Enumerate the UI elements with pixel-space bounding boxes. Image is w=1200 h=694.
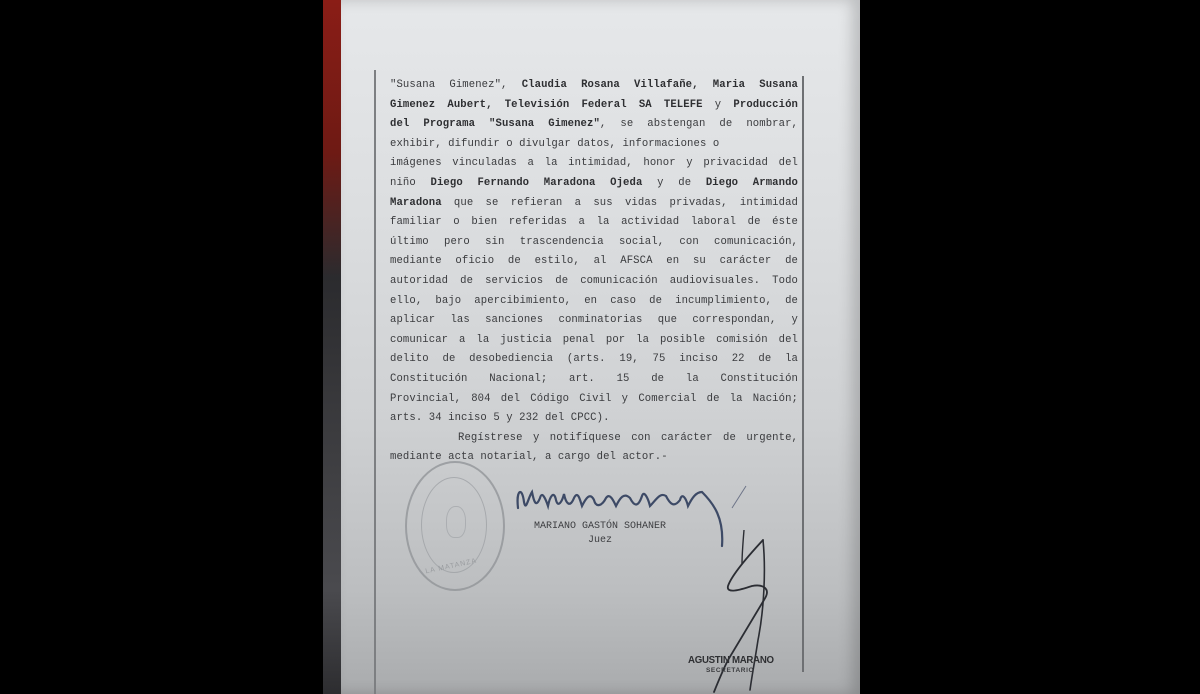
document-line: imágenes vinculadas a la intimidad, hono… [390,154,798,174]
secretary-name: AGUSTIN MARANO [688,654,774,666]
document-line: aplicar las sanciones conminatorias que … [390,311,798,331]
document-line: Maradona que se refieran a sus vidas pri… [390,194,798,214]
document-line: autoridad de servicios de comunicación a… [390,272,798,292]
document-line: Constitución Nacional; art. 15 de la Con… [390,370,798,390]
left-margin-rule [374,70,376,694]
document-body: "Susana Gimenez", Claudia Rosana Villafa… [390,76,798,468]
document-line: Provincial, 804 del Código Civil y Comer… [390,390,798,410]
coat-of-arms-icon [446,506,466,538]
judge-name: MARIANO GASTÓN SOHANER [500,521,700,532]
background-folder [323,0,343,694]
document-line: último pero sin trascendencia social, co… [390,233,798,253]
document-line: familiar o bien referidas a la actividad… [390,213,798,233]
document-line: Gimenez Aubert, Televisión Federal SA TE… [390,96,798,116]
document-line: Regístrese y notifíquese con carácter de… [390,429,798,449]
document-line: niño Diego Fernando Maradona Ojeda y de … [390,174,798,194]
document-line: del Programa "Susana Gimenez", se absten… [390,115,798,135]
judge-title: Juez [500,535,700,546]
seal-inner-ring [421,477,487,573]
court-seal: LA MATANZA [405,461,505,591]
photo-stage: "Susana Gimenez", Claudia Rosana Villafa… [0,0,1200,694]
document-line: delito de desobediencia (arts. 19, 75 in… [390,350,798,370]
document-line: exhibir, difundir o divulgar datos, info… [390,135,798,155]
document-line: ello, bajo apercibimiento, en caso de in… [390,292,798,312]
document-line: arts. 34 inciso 5 y 232 del CPCC). [390,409,798,429]
document-line: mediante oficio de estilo, al AFSCA en s… [390,252,798,272]
document-line: "Susana Gimenez", Claudia Rosana Villafa… [390,76,798,96]
secretary-title: SECRETARIO [706,667,754,674]
document-line: comunicar a la justicia penal por la pos… [390,331,798,351]
